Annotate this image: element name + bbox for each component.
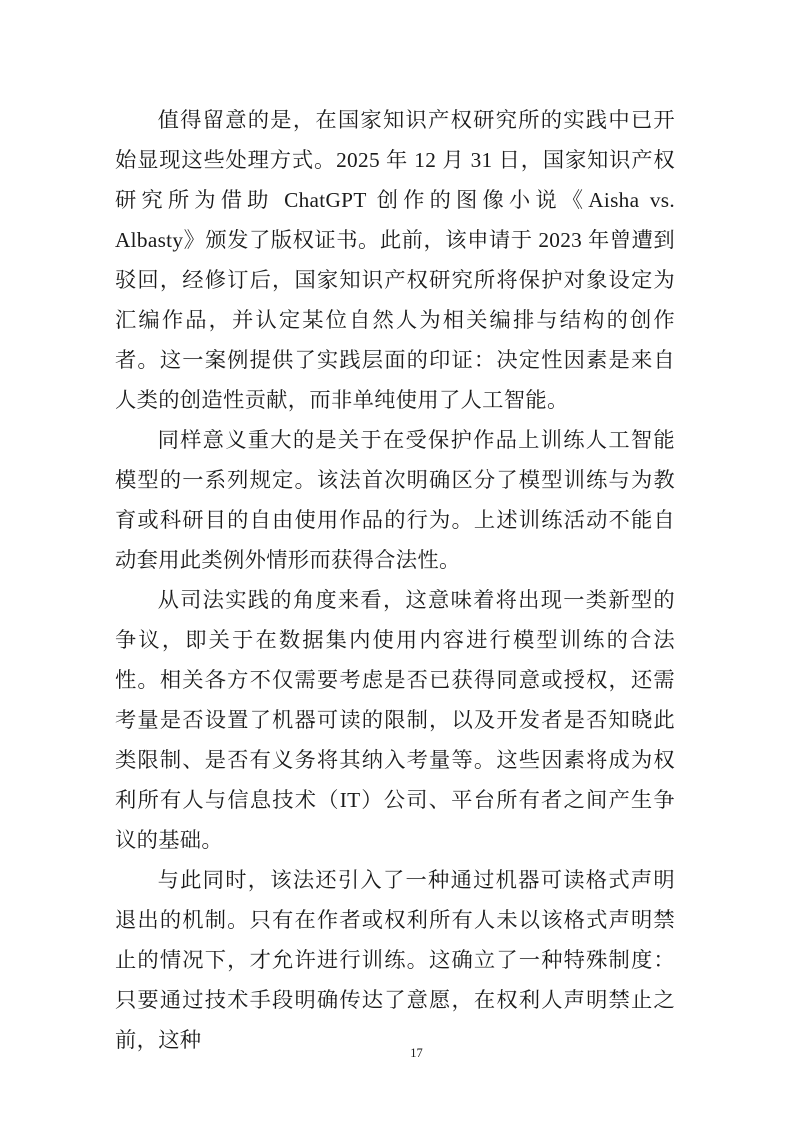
page-number: 17 [0,1046,793,1061]
text-block: 值得留意的是，在国家知识产权研究所的实践中已开始显现这些处理方式。2025 年 … [115,100,675,1060]
paragraph: 同样意义重大的是关于在受保护作品上训练人工智能模型的一系列规定。该法首次明确区分… [115,420,675,580]
document-page: 值得留意的是，在国家知识产权研究所的实践中已开始显现这些处理方式。2025 年 … [0,0,793,1122]
paragraph: 与此同时，该法还引入了一种通过机器可读格式声明退出的机制。只有在作者或权利所有人… [115,860,675,1060]
paragraph: 值得留意的是，在国家知识产权研究所的实践中已开始显现这些处理方式。2025 年 … [115,100,675,420]
paragraph: 从司法实践的角度来看，这意味着将出现一类新型的争议，即关于在数据集内使用内容进行… [115,580,675,860]
